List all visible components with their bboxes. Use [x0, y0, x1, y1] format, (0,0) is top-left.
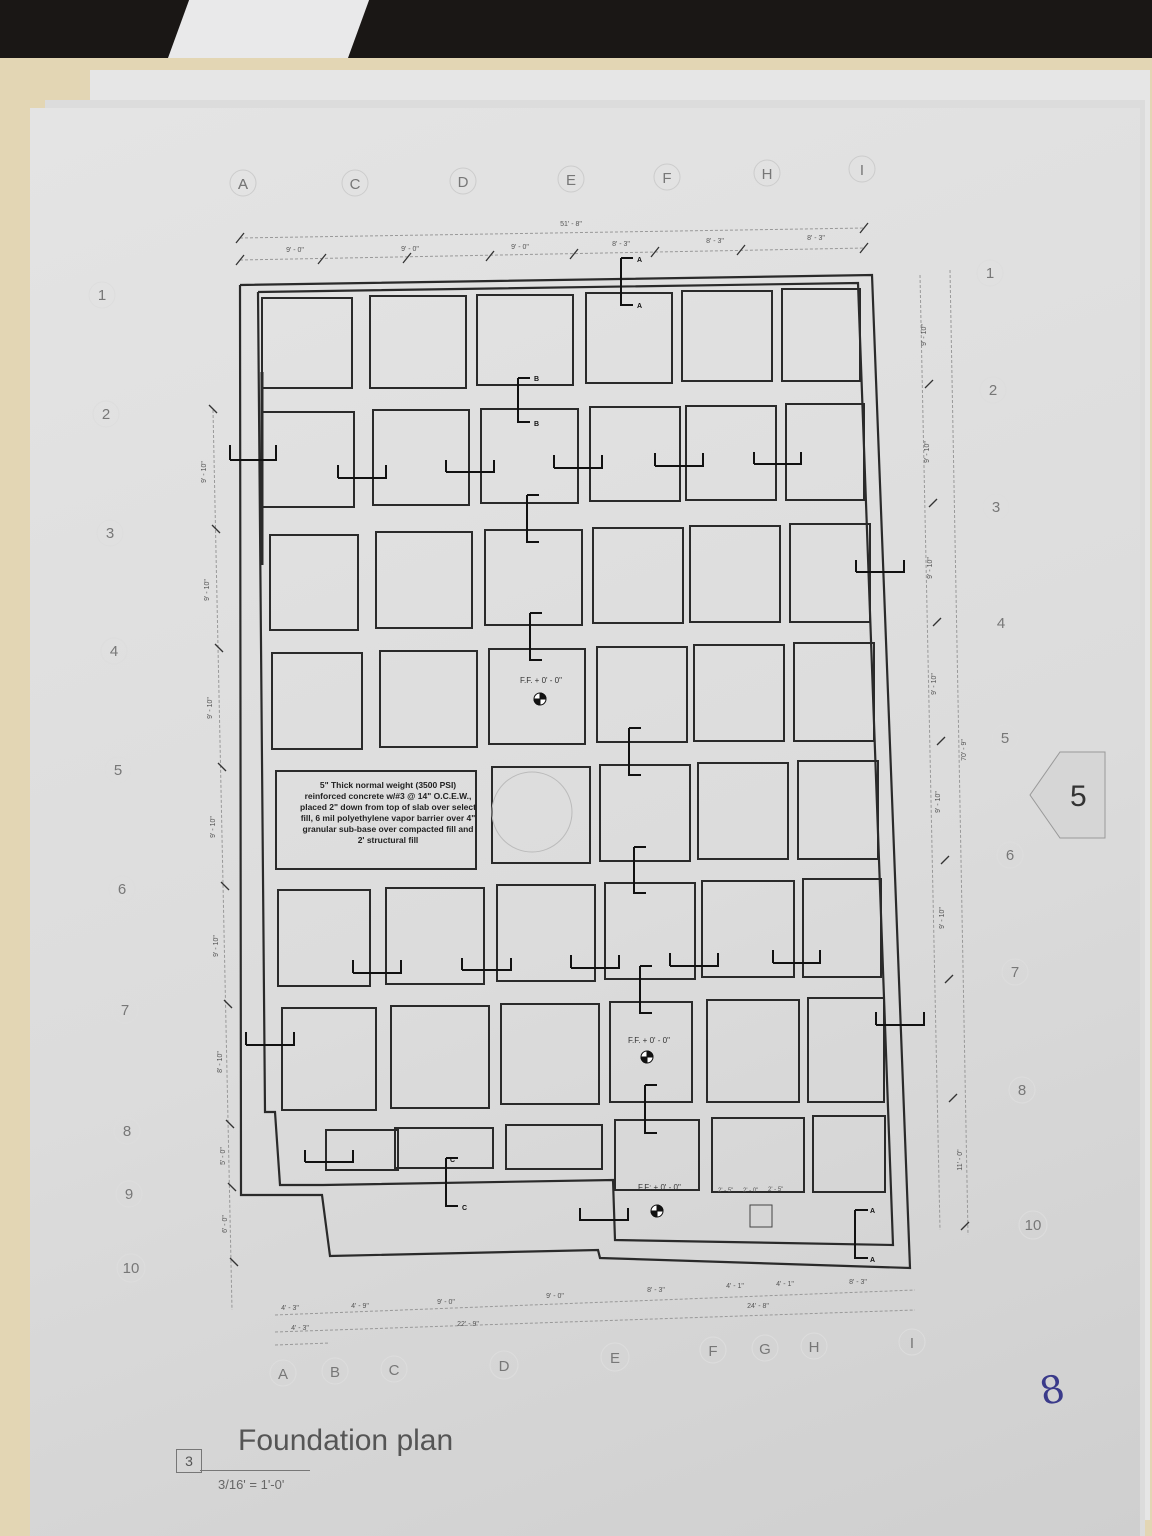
svg-text:F.F. + 0' - 0": F.F. + 0' - 0" — [628, 1036, 670, 1045]
svg-text:F: F — [662, 170, 671, 187]
svg-text:2: 2 — [989, 382, 997, 399]
svg-text:I: I — [860, 162, 864, 179]
svg-text:B: B — [534, 376, 539, 383]
svg-text:8' - 3": 8' - 3" — [706, 238, 724, 245]
svg-text:24' - 8": 24' - 8" — [747, 1303, 769, 1310]
svg-text:H: H — [809, 1339, 820, 1356]
svg-text:9' - 0": 9' - 0" — [401, 246, 419, 253]
svg-text:9' - 10": 9' - 10" — [210, 816, 217, 838]
svg-text:2' - 5": 2' - 5" — [718, 1188, 733, 1194]
svg-text:H: H — [762, 166, 773, 183]
svg-text:9' - 10": 9' - 10" — [924, 441, 931, 463]
svg-text:5: 5 — [114, 762, 122, 779]
view-number: 3 — [176, 1449, 202, 1473]
svg-text:7: 7 — [121, 1002, 129, 1019]
svg-text:4' - 1": 4' - 1" — [726, 1283, 744, 1290]
svg-text:51' - 8": 51' - 8" — [560, 221, 582, 228]
svg-text:11' - 0": 11' - 0" — [957, 1149, 964, 1171]
svg-text:9' - 10": 9' - 10" — [204, 579, 211, 601]
svg-text:10: 10 — [1025, 1217, 1042, 1234]
svg-text:6: 6 — [118, 881, 126, 898]
svg-text:9' - 10": 9' - 10" — [921, 324, 928, 346]
svg-text:I: I — [910, 1335, 914, 1352]
svg-text:9' - 10": 9' - 10" — [213, 935, 220, 957]
svg-text:D: D — [499, 1358, 510, 1375]
svg-text:8: 8 — [123, 1123, 131, 1140]
svg-text:F.F: + 0' - 0": F.F: + 0' - 0" — [638, 1183, 681, 1192]
drawing-scale: 3/16' = 1'-0' — [218, 1477, 284, 1492]
svg-text:9: 9 — [125, 1186, 133, 1203]
svg-text:1: 1 — [986, 265, 994, 282]
svg-text:2' - 5": 2' - 5" — [768, 1187, 783, 1193]
svg-text:G: G — [759, 1341, 771, 1358]
svg-text:C: C — [450, 1157, 455, 1164]
svg-text:A: A — [637, 257, 642, 264]
svg-text:2' - 0": 2' - 0" — [743, 1188, 758, 1194]
svg-text:8' - 3": 8' - 3" — [807, 235, 825, 242]
svg-text:4' - 3": 4' - 3" — [291, 1325, 309, 1332]
svg-text:8: 8 — [1018, 1082, 1026, 1099]
svg-text:A: A — [637, 303, 642, 310]
svg-text:9' - 0": 9' - 0" — [437, 1299, 455, 1306]
title-underline — [200, 1470, 310, 1471]
foundation-plan-drawing: A 51' - 8" 9' - 0" 9' - 0" 9' - 0" 8' - … — [0, 0, 1152, 1536]
svg-text:9' - 0": 9' - 0" — [511, 244, 529, 251]
svg-text:A: A — [870, 1257, 875, 1264]
svg-text:2: 2 — [102, 406, 110, 423]
svg-text:F.F. + 0' - 0": F.F. + 0' - 0" — [520, 676, 562, 685]
svg-text:9' - 10": 9' - 10" — [927, 557, 934, 579]
top-grid-bubbles — [230, 156, 875, 196]
svg-text:22' - 9": 22' - 9" — [457, 1321, 479, 1328]
svg-text:9' - 10": 9' - 10" — [935, 791, 942, 813]
svg-text:9' - 10": 9' - 10" — [201, 461, 208, 483]
svg-text:4' - 1": 4' - 1" — [776, 1281, 794, 1288]
svg-text:1: 1 — [98, 287, 106, 304]
svg-text:4' - 9": 4' - 9" — [351, 1303, 369, 1310]
sheet-number: 5 — [1070, 780, 1087, 814]
svg-text:9' - 10": 9' - 10" — [939, 907, 946, 929]
svg-text:6: 6 — [1006, 847, 1014, 864]
svg-text:F: F — [708, 1343, 717, 1360]
svg-text:C: C — [389, 1362, 400, 1379]
svg-text:A: A — [278, 1366, 288, 1383]
svg-text:C: C — [350, 176, 361, 193]
drawing-title: Foundation plan — [238, 1424, 453, 1458]
svg-text:B: B — [534, 421, 539, 428]
svg-text:C: C — [462, 1205, 467, 1212]
svg-text:D: D — [458, 174, 469, 191]
svg-text:70' - 9": 70' - 9" — [961, 739, 968, 761]
svg-text:6' - 0": 6' - 0" — [222, 1215, 229, 1233]
svg-text:3: 3 — [992, 499, 1000, 516]
svg-text:4: 4 — [110, 643, 118, 660]
svg-text:9' - 0": 9' - 0" — [546, 1293, 564, 1300]
svg-text:8' - 3": 8' - 3" — [612, 241, 630, 248]
svg-text:8' - 3": 8' - 3" — [647, 1287, 665, 1294]
svg-text:5: 5 — [1001, 730, 1009, 747]
slab-specification-note: 5" Thick normal weight (3500 PSI) reinfo… — [298, 780, 478, 846]
svg-text:E: E — [566, 172, 576, 189]
svg-text:B: B — [330, 1364, 340, 1381]
svg-text:7: 7 — [1011, 964, 1019, 981]
svg-text:4: 4 — [997, 615, 1005, 632]
svg-text:9' - 10": 9' - 10" — [207, 697, 214, 719]
svg-text:3: 3 — [106, 525, 114, 542]
svg-text:10: 10 — [123, 1260, 140, 1277]
svg-text:8' - 10": 8' - 10" — [217, 1051, 224, 1073]
svg-text:E: E — [610, 1350, 620, 1367]
svg-text:9' - 0": 9' - 0" — [286, 247, 304, 254]
svg-text:A: A — [870, 1208, 875, 1215]
svg-text:4' - 3": 4' - 3" — [281, 1305, 299, 1312]
svg-text:5' - 0": 5' - 0" — [220, 1147, 227, 1165]
svg-text:A: A — [238, 176, 248, 193]
svg-text:8' - 3": 8' - 3" — [849, 1279, 867, 1286]
svg-text:9' - 10": 9' - 10" — [931, 673, 938, 695]
